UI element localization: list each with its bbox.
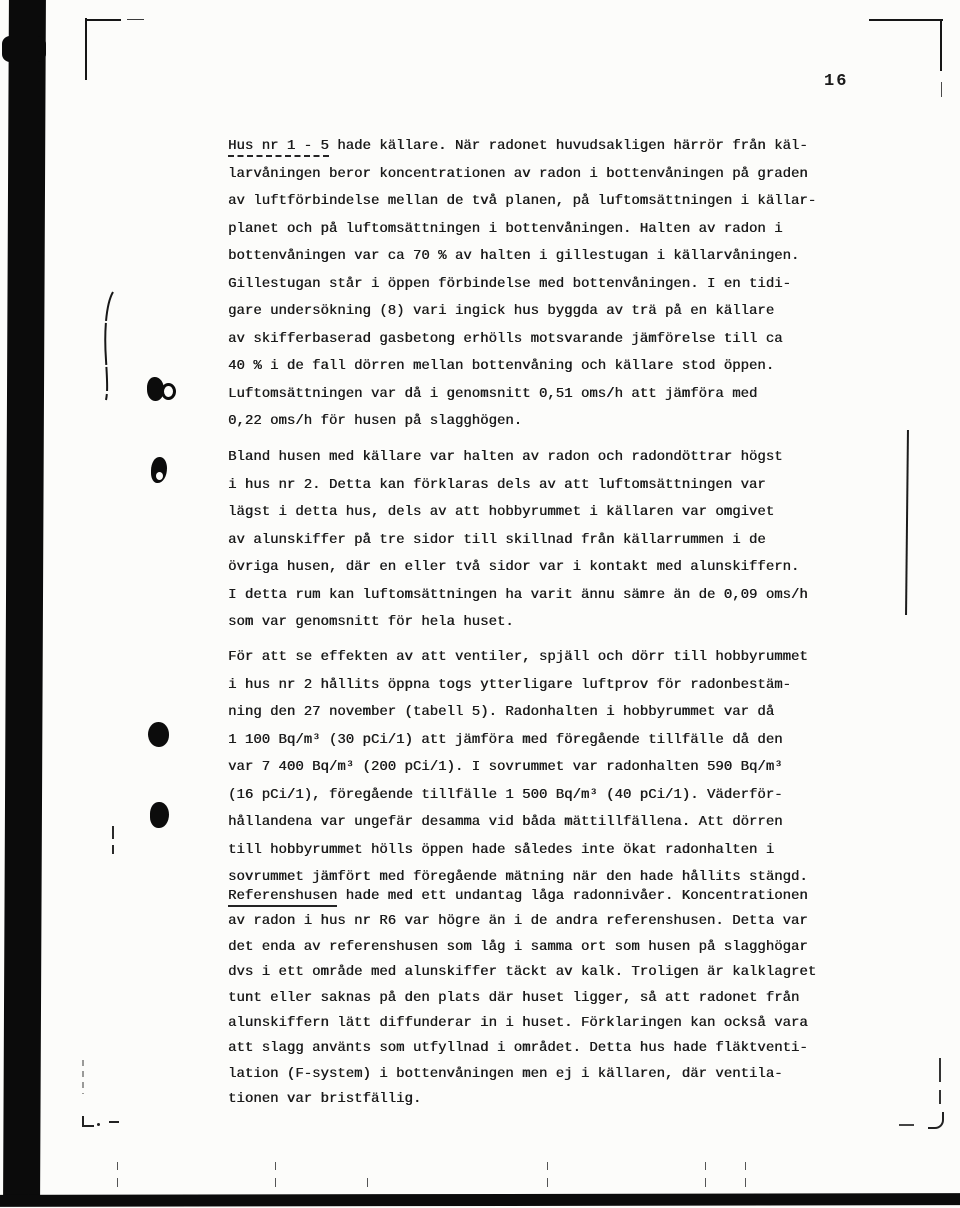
scanned-document-page: 16 Hus nr 1 - 5 hade källare. När radone…: [0, 0, 960, 1208]
scan-artifact-dash: [899, 1124, 914, 1126]
scan-binding-edge-left: [3, 0, 46, 1202]
crop-mark-top-right-dash: [941, 82, 942, 97]
paragraph: För att se effekten av att ventiler, spj…: [228, 644, 808, 892]
scan-artifact-dash: [112, 826, 114, 839]
text-line: av radon i hus nr R6 var högre än i de a…: [228, 909, 816, 934]
tick-mark: [547, 1162, 548, 1170]
crop-mark-top-left-horizontal: [87, 19, 121, 21]
text-line: tionen var bristfällig.: [228, 1087, 816, 1112]
text-line: Bland husen med källare var halten av ra…: [228, 444, 808, 472]
text-line: i hus nr 2. Detta kan förklaras dels av …: [228, 472, 808, 500]
ink-blob-hook: [161, 383, 176, 400]
paragraph: Bland husen med källare var halten av ra…: [228, 444, 808, 637]
text-line: lation (F-system) i bottenvåningen men e…: [228, 1062, 816, 1087]
text-line: planet och på luftomsättningen i bottenv…: [228, 216, 816, 244]
crop-mark-top-right-vertical: [940, 21, 942, 71]
crop-mark-top-right-horizontal: [869, 19, 943, 21]
text-line: hållandena var ungefär desamma vid båda …: [228, 809, 808, 837]
tick-mark: [275, 1162, 276, 1170]
scan-artifact-smudge: [82, 1116, 94, 1127]
crop-mark-top-left-horizontal-dash: [127, 19, 144, 20]
underlined-heading: Hus nr 1 - 5: [228, 138, 329, 157]
crop-mark-top-left-vertical: [85, 18, 87, 80]
paragraph: Referenshusen hade med ett undantag låga…: [228, 884, 816, 1113]
text-run: hade källare. När radonet huvudsakligen …: [329, 138, 808, 154]
text-line: som var genomsnitt för hela huset.: [228, 609, 808, 637]
scan-artifact-dash: [939, 1058, 941, 1082]
tick-mark: [745, 1178, 746, 1187]
text-line: Referenshusen hade med ett undantag låga…: [228, 884, 816, 909]
text-line: lägst i detta hus, dels av att hobbyrumm…: [228, 499, 808, 527]
scan-artifact-dash: [109, 1121, 119, 1123]
ink-blob: [150, 802, 169, 828]
margin-scratch-line-right: [905, 430, 909, 615]
text-line: alunskiffern lätt diffunderar in i huset…: [228, 1011, 816, 1036]
scan-binding-edge-bump: [2, 36, 46, 62]
text-line: det enda av referenshusen som låg i samm…: [228, 935, 816, 960]
tick-mark: [367, 1178, 368, 1187]
tick-mark: [275, 1178, 276, 1187]
margin-scratch-line: [100, 290, 116, 402]
text-line: För att se effekten av att ventiler, spj…: [228, 644, 808, 672]
ink-blob: [148, 722, 169, 747]
text-line: av skifferbaserad gasbetong erhölls mots…: [228, 326, 816, 354]
paragraph: Hus nr 1 - 5 hade källare. När radonet h…: [228, 133, 816, 436]
tick-mark: [745, 1162, 746, 1170]
page-number: 16: [824, 72, 848, 91]
scan-artifact-dot: [97, 1123, 100, 1126]
tick-mark: [117, 1178, 118, 1187]
text-run: hade med ett undantag låga radonnivåer. …: [337, 888, 807, 904]
text-line: av luftförbindelse mellan de två planen,…: [228, 188, 816, 216]
text-line: av alunskiffer på tre sidor till skillna…: [228, 527, 808, 555]
tick-mark: [117, 1162, 118, 1170]
scan-artifact-hook: [928, 1112, 944, 1129]
text-line: i hus nr 2 hållits öppna togs ytterligar…: [228, 672, 808, 700]
scan-binding-edge-bottom: [0, 1193, 960, 1207]
text-line: gare undersökning (8) vari ingick hus by…: [228, 298, 816, 326]
text-line: larvåningen beror koncentrationen av rad…: [228, 161, 816, 189]
text-line: Hus nr 1 - 5 hade källare. När radonet h…: [228, 133, 816, 161]
text-line: 1 100 Bq/m³ (30 pCi/1) att jämföra med f…: [228, 727, 808, 755]
tick-mark: [705, 1162, 706, 1170]
text-line: dvs i ett område med alunskiffer täckt a…: [228, 960, 816, 985]
text-line: bottenvåningen var ca 70 % av halten i g…: [228, 243, 816, 271]
text-line: I detta rum kan luftomsättningen ha vari…: [228, 582, 808, 610]
text-line: var 7 400 Bq/m³ (200 pCi/1). I sovrummet…: [228, 754, 808, 782]
tick-mark: [547, 1178, 548, 1187]
text-line: Gillestugan står i öppen förbindelse med…: [228, 271, 816, 299]
ink-blob-notch: [156, 472, 163, 480]
text-line: 0,22 oms/h för husen på slagghögen.: [228, 408, 816, 436]
underlined-heading: Referenshusen: [228, 888, 337, 907]
tick-mark: [705, 1178, 706, 1187]
text-line: ning den 27 november (tabell 5). Radonha…: [228, 699, 808, 727]
text-line: till hobbyrummet hölls öppen hade sålede…: [228, 837, 808, 865]
scan-artifact-dash: [112, 845, 114, 854]
text-line: att slagg använts som utfyllnad i område…: [228, 1036, 816, 1061]
text-line: (16 pCi/1), föregående tillfälle 1 500 B…: [228, 782, 808, 810]
scan-artifact-faint-dash: [82, 1060, 84, 1094]
text-line: tunt eller saknas på den plats där huset…: [228, 986, 816, 1011]
text-line: Luftomsättningen var då i genomsnitt 0,5…: [228, 381, 816, 409]
scan-artifact-dash: [939, 1090, 941, 1104]
text-line: övriga husen, där en eller två sidor var…: [228, 554, 808, 582]
text-line: 40 % i de fall dörren mellan bottenvånin…: [228, 353, 816, 381]
